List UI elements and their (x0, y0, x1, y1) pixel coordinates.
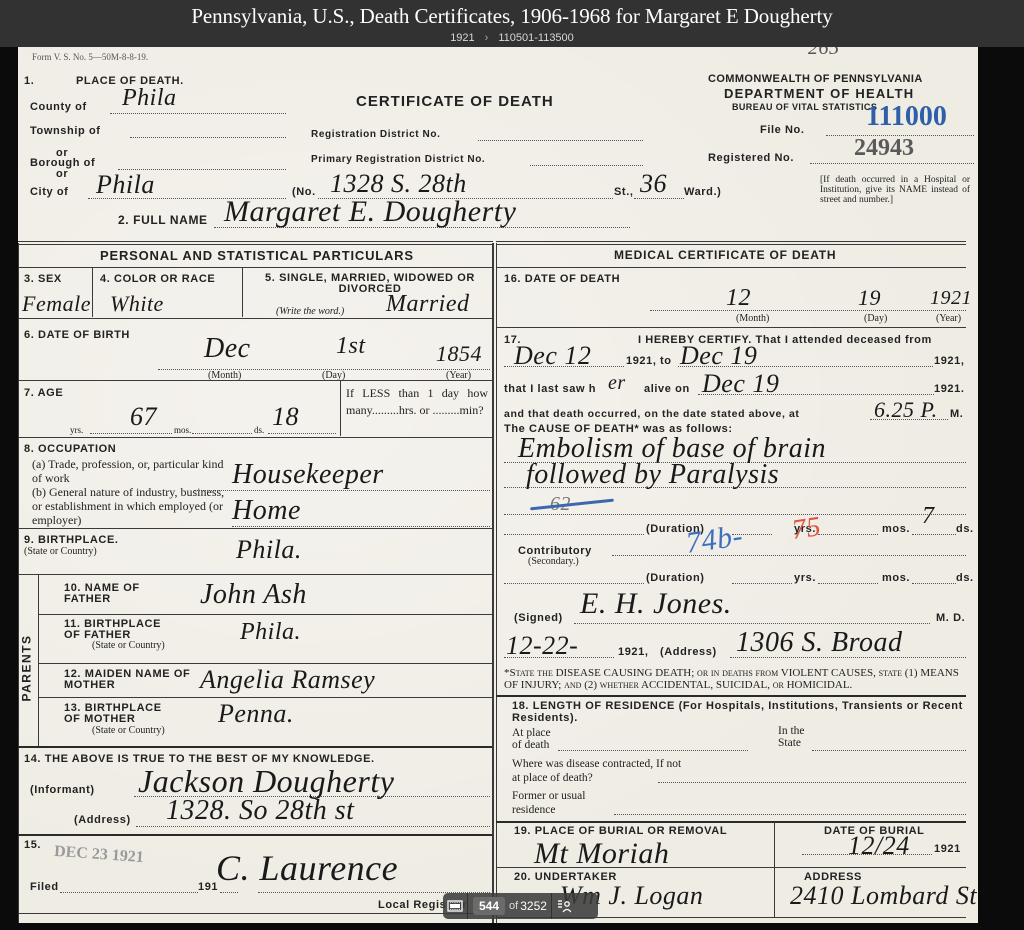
dob-label: 6. DATE OF BIRTH (24, 329, 130, 341)
personal-heading: PERSONAL AND STATISTICAL PARTICULARS (100, 248, 414, 263)
registered-no-label: Registered No. (708, 152, 794, 164)
record-title: Pennsylvania, U.S., Death Certificates, … (0, 0, 1024, 29)
father-birthplace-label: 11. BIRTHPLACE OF FATHER (64, 619, 174, 641)
dob-year: 1854 (436, 341, 482, 367)
at-place-label: At place of death (512, 727, 562, 751)
of-label: of (509, 900, 518, 912)
filed-date-stamp: DEC 23 1921 (53, 843, 144, 867)
full-name-value: Margaret E. Dougherty (224, 195, 516, 229)
residence-label: 18. LENGTH OF RESIDENCE (For Hospitals, … (512, 700, 964, 724)
certificate-image[interactable]: Form V. S. No. 5—50M-8-8-19. 265 1. PLAC… (18, 47, 978, 923)
filmstrip-icon (447, 900, 463, 912)
current-page-input[interactable]: 544 (473, 897, 505, 915)
birthplace-label: 9. BIRTHPLACE. (24, 534, 119, 546)
mother-name-value: Angelia Ramsey (200, 665, 375, 695)
registrar-signature: C. Laurence (216, 847, 398, 889)
occupation-label: 8. OCCUPATION (24, 443, 116, 455)
parents-label: PARENTS (19, 635, 33, 702)
duration-value: 7 (922, 503, 935, 530)
medical-heading: MEDICAL CERTIFICATE OF DEATH (614, 248, 836, 262)
dod-month: 12 (726, 285, 751, 312)
burial-place-value: Mt Moriah (534, 837, 669, 871)
city-label: City of (30, 186, 68, 198)
occupation-a-label: (a) Trade, profession, or, particular ki… (32, 457, 228, 485)
father-birthplace-value: Phila. (240, 619, 301, 646)
mother-name-label: 12. MAIDEN NAME OF MOTHER (64, 669, 194, 691)
mother-birthplace-label: 13. BIRTHPLACE OF MOTHER (64, 703, 174, 725)
registration-district-label: Registration District No. (311, 129, 440, 140)
signed-label: (Signed) (514, 612, 563, 624)
breadcrumb: 1921 › 110501-113500 (0, 31, 1024, 45)
marital-value: Married (386, 291, 470, 318)
city-value: Phila (96, 170, 155, 200)
ward-value: 36 (640, 169, 667, 199)
registered-no-value: 24943 (854, 135, 914, 162)
file-no-label: File No. (760, 124, 805, 136)
top-annotation: 265 (808, 47, 840, 60)
sex-value: Female (22, 291, 91, 317)
certificate-title: CERTIFICATE OF DEATH (356, 93, 554, 110)
signed-date: 12-22- (506, 631, 578, 661)
physician-address: 1306 S. Broad (736, 627, 902, 659)
form-number: Form V. S. No. 5—50M-8-8-19. (32, 52, 148, 62)
informant-label: (Informant) (30, 784, 95, 796)
age-years: 67 (130, 402, 157, 432)
father-name-value: John Ash (200, 579, 307, 611)
age-days: 18 (272, 402, 299, 432)
attended-from: Dec 12 (514, 341, 591, 371)
filmstrip-button[interactable] (443, 893, 467, 919)
attended-to: Dec 19 (680, 341, 757, 371)
breadcrumb-year[interactable]: 1921 (450, 31, 474, 45)
index-panel-icon (557, 899, 571, 913)
race-label: 4. COLOR OR RACE (100, 273, 215, 285)
breadcrumb-chevron-icon: › (485, 31, 489, 45)
dob-month: Dec (204, 333, 251, 365)
death-time-label: and that death occurred, on the date sta… (504, 408, 800, 420)
dod-label: 16. DATE OF DEATH (504, 273, 620, 285)
blue-strike-mark (530, 499, 614, 511)
county-value: Phila (122, 85, 177, 112)
agency-line3: BUREAU OF VITAL STATISTICS (732, 102, 877, 112)
breadcrumb-range[interactable]: 110501-113500 (498, 31, 573, 45)
hospital-note: [If death occurred in a Hospital or Inst… (820, 175, 970, 205)
birthplace-value: Phila. (236, 535, 302, 565)
burial-place-label: 19. PLACE OF BURIAL OR REMOVAL (514, 825, 727, 837)
page-navigator: 544 of 3252 (443, 893, 598, 919)
in-state-label: In the State (778, 725, 824, 749)
agency-line2: DEPARTMENT OF HEALTH (724, 86, 914, 101)
total-pages: 3252 (520, 899, 547, 913)
occupation-b-value: Home (232, 495, 301, 527)
place-section-number: 1. (24, 75, 34, 87)
occupation-b-label: (b) General nature of industry, business… (32, 485, 228, 527)
last-saw-value: er (608, 372, 626, 395)
dod-day: 19 (858, 285, 881, 311)
primary-registration-label: Primary Registration District No. (311, 154, 485, 165)
township-label: Township of (30, 125, 101, 137)
cause-footnote: *State the DISEASE CAUSING DEATH; or in … (504, 667, 966, 691)
sex-label: 3. SEX (24, 273, 62, 285)
father-name-label: 10. NAME OF FATHER (64, 583, 164, 605)
marital-hint: (Write the word.) (276, 306, 344, 317)
death-time-value: 6.25 P. (874, 397, 938, 423)
mother-birthplace-value: Penna. (218, 699, 294, 729)
burial-date-value: 12/24 (848, 831, 910, 861)
occupation-a-value: Housekeeper (232, 459, 384, 491)
county-label: County of (30, 101, 87, 113)
race-value: White (110, 291, 164, 317)
former-residence-label: Former or usual residence (512, 789, 612, 817)
filed-label: Filed (30, 881, 59, 893)
informant-address-label: (Address) (74, 814, 131, 826)
last-saw-label: that I last saw h (504, 383, 596, 395)
agency-line1: COMMONWEALTH OF PENNSYLVANIA (708, 73, 923, 85)
cause-line2: followed by Paralysis (526, 459, 779, 491)
physician-signature: E. H. Jones. (580, 587, 732, 621)
dod-year: 1921 (930, 287, 972, 310)
less-than-day-note: If LESS than 1 day how many.........hrs.… (346, 385, 488, 419)
dob-day: 1st (336, 333, 366, 360)
red-annotation: 75 (790, 511, 823, 547)
viewer-header: Pennsylvania, U.S., Death Certificates, … (0, 0, 1024, 47)
contracted-label: Where was disease contracted, If not at … (512, 757, 682, 785)
informant-address-value: 1328. So 28th st (166, 795, 354, 827)
file-number-stamp: 111000 (866, 101, 947, 133)
full-name-label: 2. FULL NAME (118, 213, 208, 227)
alive-on-value: Dec 19 (702, 369, 779, 399)
age-label: 7. AGE (24, 387, 63, 399)
undertaker-address-value: 2410 Lombard St (790, 881, 977, 911)
index-panel-button[interactable] (552, 893, 576, 919)
